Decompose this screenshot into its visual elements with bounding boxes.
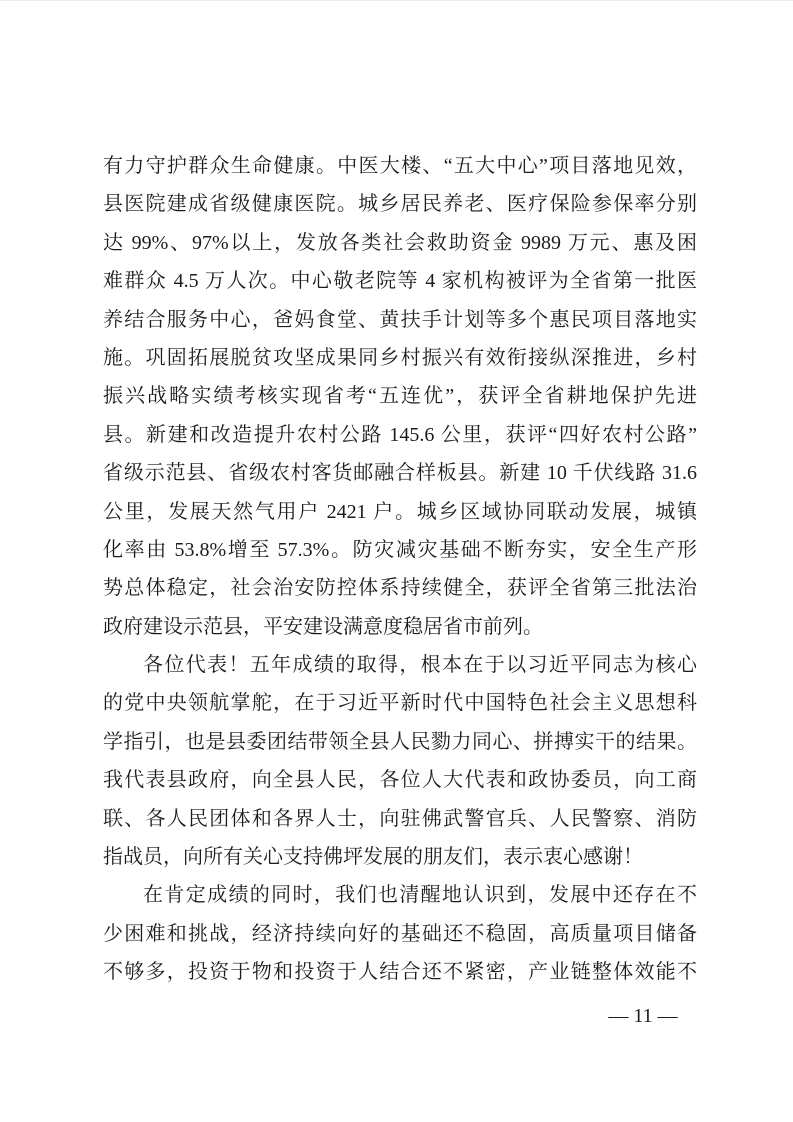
document-body: 有力守护群众生命健康。中医大楼、“五大中心”项目落地见效，县医院建成省级健康医院… — [103, 147, 697, 992]
text-line: 各位代表！五年成绩的取得，根本在于以习近平同志为核心 — [103, 646, 697, 684]
text-line: 达 99%、97%以上，发放各类社会救助资金 9989 万元、惠及困 — [103, 224, 697, 262]
text-line: 振兴战略实绩考核实现省考“五连优”，获评全省耕地保护先进 — [103, 377, 697, 415]
text-line: 不够多，投资于物和投资于人结合还不紧密，产业链整体效能不 — [103, 953, 697, 991]
text-line: 县医院建成省级健康医院。城乡居民养老、医疗保险参保率分别 — [103, 185, 697, 223]
paragraph: 各位代表！五年成绩的取得，根本在于以习近平同志为核心的党中央领航掌舵，在于习近平… — [103, 646, 697, 876]
text-line: 少困难和挑战，经济持续向好的基础还不稳固，高质量项目储备 — [103, 915, 697, 953]
text-line: 学指引，也是县委团结带领全县人民勠力同心、拼搏实干的结果。 — [103, 723, 697, 761]
text-line: 指战员，向所有关心支持佛坪发展的朋友们，表示衷心感谢！ — [103, 838, 697, 876]
text-line: 有力守护群众生命健康。中医大楼、“五大中心”项目落地见效， — [103, 147, 697, 185]
text-line: 养结合服务中心，爸妈食堂、黄扶手计划等多个惠民项目落地实 — [103, 301, 697, 339]
text-line: 化率由 53.8%增至 57.3%。防灾减灾基础不断夯实，安全生产形 — [103, 531, 697, 569]
text-line: 联、各人民团体和各界人士，向驻佛武警官兵、人民警察、消防 — [103, 800, 697, 838]
text-line: 难群众 4.5 万人次。中心敬老院等 4 家机构被评为全省第一批医 — [103, 262, 697, 300]
text-line: 省级示范县、省级农村客货邮融合样板县。新建 10 千伏线路 31.6 — [103, 454, 697, 492]
page-number: — 11 — — [597, 1002, 689, 1030]
paragraph: 在肯定成绩的同时，我们也清醒地认识到，发展中还存在不少困难和挑战，经济持续向好的… — [103, 876, 697, 991]
document-page: 有力守护群众生命健康。中医大楼、“五大中心”项目落地见效，县医院建成省级健康医院… — [0, 0, 793, 1122]
text-line: 县。新建和改造提升农村公路 145.6 公里，获评“四好农村公路” — [103, 416, 697, 454]
text-line: 势总体稳定，社会治安防控体系持续健全，获评全省第三批法治 — [103, 569, 697, 607]
text-line: 的党中央领航掌舵，在于习近平新时代中国特色社会主义思想科 — [103, 684, 697, 722]
text-line: 施。巩固拓展脱贫攻坚成果同乡村振兴有效衔接纵深推进，乡村 — [103, 339, 697, 377]
text-line: 在肯定成绩的同时，我们也清醒地认识到，发展中还存在不 — [103, 876, 697, 914]
text-line: 公里，发展天然气用户 2421 户。城乡区域协同联动发展，城镇 — [103, 493, 697, 531]
text-line: 政府建设示范县，平安建设满意度稳居省市前列。 — [103, 608, 697, 646]
text-line: 我代表县政府，向全县人民，各位人大代表和政协委员，向工商 — [103, 761, 697, 799]
paragraph: 有力守护群众生命健康。中医大楼、“五大中心”项目落地见效，县医院建成省级健康医院… — [103, 147, 697, 646]
